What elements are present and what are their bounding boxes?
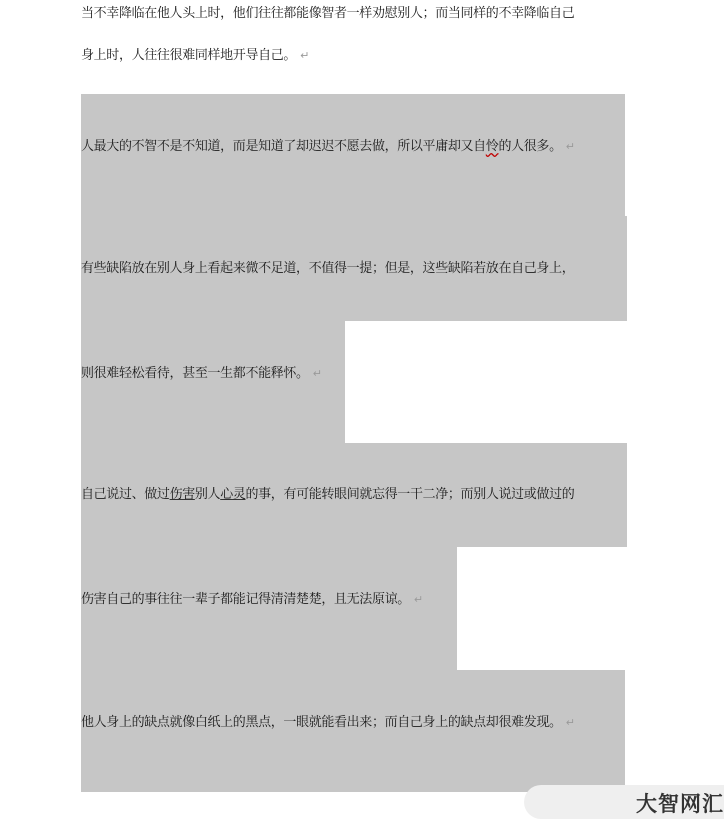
selection-highlight [81,321,345,443]
text-segment: 的事，有可能转眼间就忘得一干二净；而别人说过或做过的 [246,487,575,502]
selection-highlight [81,670,625,792]
watermark: 大智网汇 [524,785,724,819]
paragraph-mark-icon: ↵ [414,593,423,606]
text-line[interactable]: 当不幸降临在他人头上时，他们往往都能像智者一样劝慰别人；而当同样的不幸降临自己 [81,6,574,22]
text-line[interactable]: 人最大的不智不是不知道，而是知道了却迟迟不愿去做，所以平庸却又自怜的人很多。↵ [81,139,575,155]
text-line[interactable]: 伤害自己的事往往一辈子都能记得清清楚楚，且无法原谅。↵ [81,592,423,608]
selection-highlight [81,547,457,670]
text-segment: 他人身上的缺点就像白纸上的黑点，一眼就能看出来；而自己身上的缺点却很难发现。 [81,715,562,730]
text-line[interactable]: 则很难轻松看待，甚至一生都不能释怀。↵ [81,366,322,382]
watermark-text: 大智网汇 [636,788,724,818]
text-line[interactable]: 他人身上的缺点就像白纸上的黑点，一眼就能看出来；而自己身上的缺点却很难发现。↵ [81,715,575,731]
spellcheck-word[interactable]: 怜 [486,139,499,154]
paragraph-mark-icon: ↵ [566,716,575,729]
text-segment: 的人很多。 [498,139,561,154]
paragraph-mark-icon: ↵ [300,49,309,62]
text-segment: 则很难轻松看待，甚至一生都不能释怀。 [81,366,309,381]
selection-highlight [81,94,625,216]
underlined-word: 伤害 [170,487,195,502]
paragraph-mark-icon: ↵ [566,140,575,153]
text-segment: 自己说过、做过 [81,487,170,502]
paragraph-mark-icon: ↵ [313,367,322,380]
text-line[interactable]: 有些缺陷放在别人身上看起来微不足道，不值得一提；但是，这些缺陷若放在自己身上， [81,261,574,277]
text-segment: 伤害自己的事往往一辈子都能记得清清楚楚，且无法原谅。 [81,592,410,607]
text-line[interactable]: 身上时，人往往很难同样地开导自己。↵ [81,48,309,64]
text-segment: 别人 [195,487,220,502]
text-segment: 人最大的不智不是不知道，而是知道了却迟迟不愿去做，所以平庸却又自 [81,139,486,154]
text-line[interactable]: 自己说过、做过伤害别人心灵的事，有可能转眼间就忘得一干二净；而别人说过或做过的 [81,487,574,503]
text-segment: 身上时，人往往很难同样地开导自己。 [81,48,296,63]
underlined-word: 心灵 [220,487,245,502]
